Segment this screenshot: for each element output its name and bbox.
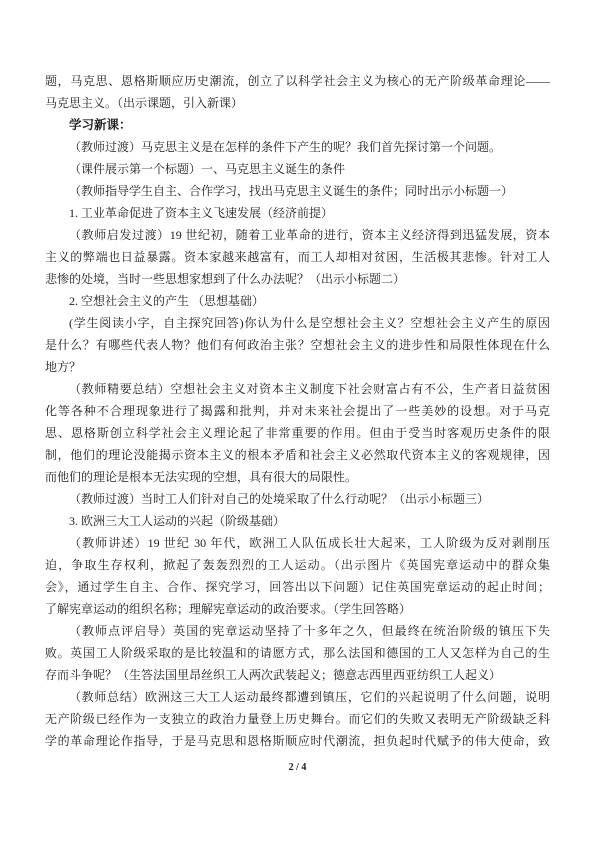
text-line: （教师指导学生自主、合作学习，找出马克思主义诞生的条件；同时出示小标题一） xyxy=(45,180,550,202)
text-line: （课件展示第一个标题）一、马克思主义诞生的条件 xyxy=(45,158,550,180)
text-line: 3. 欧洲三大工人运动的兴起（阶级基础） xyxy=(45,510,550,532)
text-line: （教师总结）欧洲这三大工人运动最终都遭到镇压，它们的兴起说明了什么问题，说明 xyxy=(45,686,550,708)
text-line: 思、恩格斯创立科学社会主义理论起了非常重要的作用。但由于受当时客观历史条件的限 xyxy=(45,422,550,444)
text-line: （教师点评启导）英国的宪章运动坚持了十多年之久，但最终在统治阶级的镇压下失 xyxy=(45,620,550,642)
text-line: 主义的弊端也日益暴露。资本家越来越富有，而工人却相对贫困，生活极其悲惨。针对工人 xyxy=(45,246,550,268)
text-line: 无产阶级已经作为一支独立的政治力量登上历史舞台。而它们的失败又表明无产阶级缺乏科 xyxy=(45,708,550,730)
text-line: 1. 工业革命促进了资本主义飞速发展（经济前提） xyxy=(45,202,550,224)
text-line: 学习新课： xyxy=(45,114,550,136)
page-number: 2 / 4 xyxy=(0,762,595,773)
text-line: 会》，通过学生自主、合作、探究学习，回答出以下问题）记住英国宪章运动的起止时间； xyxy=(45,576,550,598)
text-line: （教师讲述）19 世纪 30 年代，欧洲工人队伍成长壮大起来，工人阶级为反对剥削… xyxy=(45,532,550,554)
text-line: 题，马克思、恩格斯顺应历史潮流，创立了以科学社会主义为核心的无产阶级革命理论—— xyxy=(45,70,550,92)
text-line: 制，他们的理论没能揭示资本主义的根本矛盾和社会主义必然取代资本主义的客观规律，因 xyxy=(45,444,550,466)
text-line: 是什么？有哪些代表人物？他们有何政治主张？空想社会主义的进步性和局限性体现在什么 xyxy=(45,334,550,356)
text-line: 了解宪章运动的组织名称；理解宪章运动的政治要求。（学生回答略） xyxy=(45,598,550,620)
text-line: 悲惨的处境，当时一些思想家想到了什么办法呢？（出示小标题二） xyxy=(45,268,550,290)
text-line: （教师启发过渡）19 世纪初，随着工业革命的进行，资本主义经济得到迅猛发展，资本 xyxy=(45,224,550,246)
text-line: 2. 空想社会主义的产生 （思想基础） xyxy=(45,290,550,312)
text-line: (学生阅读小字，自主探究回答)你认为什么是空想社会主义？空想社会主义产生的原因 xyxy=(45,312,550,334)
text-line: （教师过渡）马克思主义是在怎样的条件下产生的呢？我们首先探讨第一个问题。 xyxy=(45,136,550,158)
document-page: 题，马克思、恩格斯顺应历史潮流，创立了以科学社会主义为核心的无产阶级革命理论——… xyxy=(0,0,595,841)
document-body: 题，马克思、恩格斯顺应历史潮流，创立了以科学社会主义为核心的无产阶级革命理论——… xyxy=(45,70,550,752)
text-line: 败。英国工人阶级采取的是比较温和的请愿方式，那么法国和德国的工人又怎样为自己的生 xyxy=(45,642,550,664)
text-line: 而他们的理论是根本无法实现的空想，具有很大的局限性。 xyxy=(45,466,550,488)
text-line: 地方？ xyxy=(45,356,550,378)
text-line: （教师过渡）当时工人们针对自己的处境采取了什么行动呢？（出示小标题三） xyxy=(45,488,550,510)
text-line: 化等各种不合理现象进行了揭露和批判，并对未来社会提出了一些美妙的设想。对于马克 xyxy=(45,400,550,422)
text-line: 存而斗争呢？（生答法国里昂丝织工人两次武装起义；德意志西里西亚纺织工人起义） xyxy=(45,664,550,686)
text-line: （教师精要总结）空想社会主义对资本主义制度下社会财富占有不公，生产者日益贫困 xyxy=(45,378,550,400)
text-line: 迫，争取生存权利，掀起了轰轰烈烈的工人运动。（出示图片《英国宪章运动中的群众集 xyxy=(45,554,550,576)
text-line: 学的革命理论作指导，于是马克思和恩格斯顺应时代潮流，担负起时代赋予的伟大使命，致 xyxy=(45,730,550,752)
text-line: 马克思主义。（出示课题，引入新课） xyxy=(45,92,550,114)
